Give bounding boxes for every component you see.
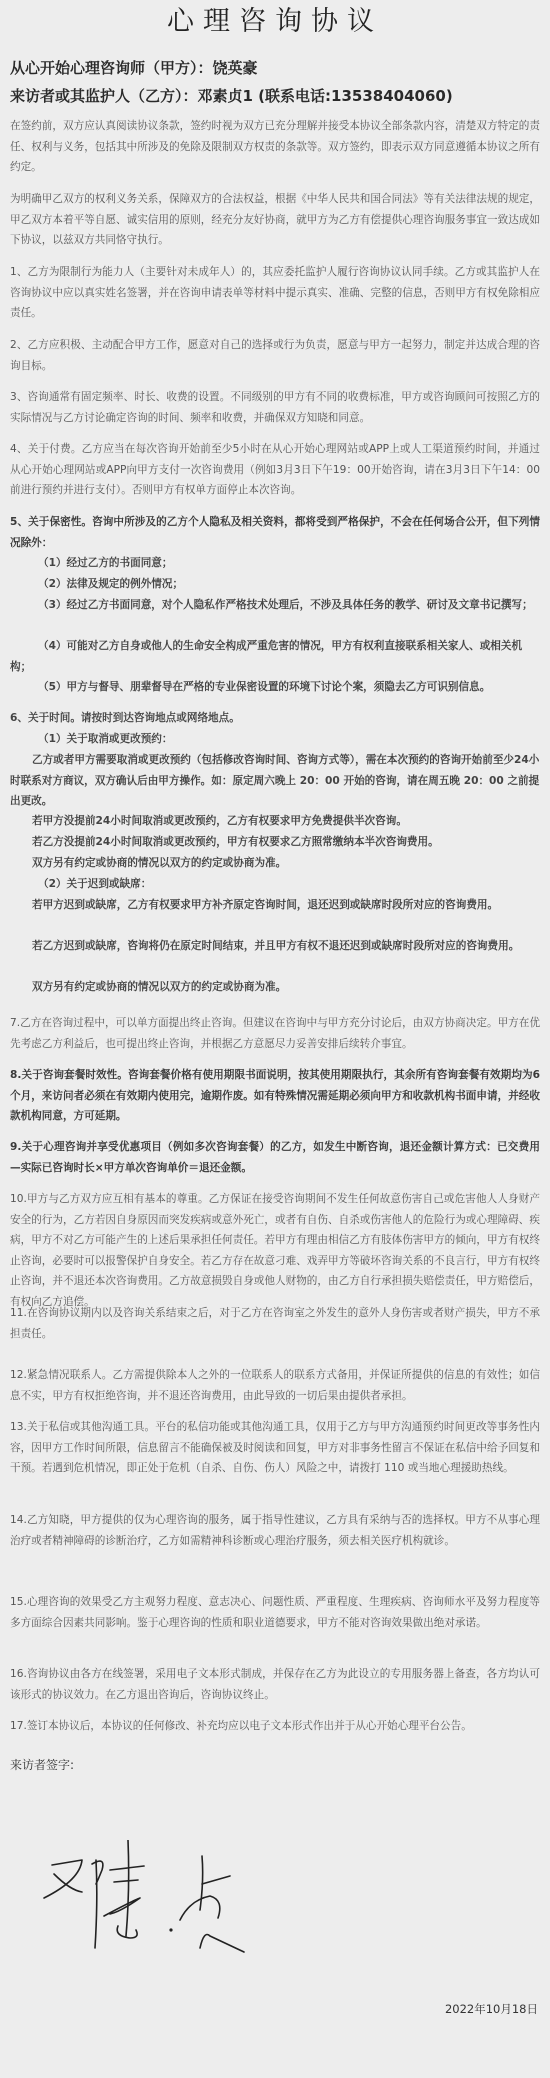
clause-16: 16.咨询协议由各方在线签署，采用电子文本形式制成，并保存在乙方为此设立的专用服…: [10, 1664, 540, 1705]
clause-3: 3、咨询通常有固定频率、时长、收费的设置。不同级别的甲方有不同的收费标准，甲方或…: [10, 387, 540, 428]
clause-5-heading: 5、关于保密性。咨询中所涉及的乙方个人隐私及相关资料，都将受到严格保护，不会在任…: [10, 512, 540, 553]
agreement-page: 心理咨询协议 从心开始心理咨询师（甲方）：饶英豪 来访者或其监护人（乙方）：邓素…: [0, 0, 550, 2078]
clause-6-sub2-title: （2）关于迟到或缺席：: [10, 874, 540, 895]
signature-label: 来访者签字:: [10, 1756, 74, 1773]
handwritten-signature: [40, 1840, 260, 1970]
intro-paragraph-2: 为明确甲乙双方的权利义务关系，保障双方的合法权益，根据《中华人民共和国合同法》等…: [10, 189, 540, 251]
clause-10: 10.甲方与乙方双方应互相有基本的尊重。乙方保证在接受咨询期间不发生任何故意伤害…: [10, 1189, 540, 1312]
clause-13: 13.关于私信或其他沟通工具。平台的私信功能或其他沟通工具，仅用于乙方与甲方沟通…: [10, 1417, 540, 1479]
clause-12: 12.紧急情况联系人。乙方需提供除本人之外的一位联系人的联系方式备用，并保证所提…: [10, 1365, 540, 1406]
clause-7: 7.乙方在咨询过程中，可以单方面提出终止咨询。但建议在咨询中与甲方充分讨论后，由…: [10, 1013, 540, 1054]
clause-5-item-1: （1）经过乙方的书面同意；: [10, 553, 540, 574]
clause-1: 1、乙方为限制行为能力人（主要针对未成年人）的，其应委托监护人履行咨询协议认同手…: [10, 262, 540, 324]
clause-6-sub1-body: 乙方或者甲方需要取消或更改预约（包括修改咨询时间、咨询方式等），需在本次预约的咨…: [10, 750, 540, 812]
clause-8: 8.关于咨询套餐时效性。咨询套餐价格有使用期限书面说明，按其使用期限执行，其余所…: [10, 1065, 540, 1127]
clause-11: 11.在咨询协议期内以及咨询关系结束之后，对于乙方在咨询室之外发生的意外人身伤害…: [10, 1303, 540, 1344]
clause-2: 2、乙方应积极、主动配合甲方工作，愿意对自己的选择或行为负责，愿意与甲方一起努力…: [10, 335, 540, 376]
clause-6-sub1-a: 若甲方没提前24小时间取消或更改预约，乙方有权要求甲方免费提供半次咨询。: [10, 811, 540, 832]
clause-5-item-5: （5）甲方与督导、朋辈督导在严格的专业保密设置的环境下讨论个案，须隐去乙方可识别…: [10, 677, 540, 698]
clause-9: 9.关于心理咨询并享受优惠项目（例如多次咨询套餐）的乙方，如发生中断咨询，退还金…: [10, 1137, 540, 1178]
clause-17: 17.签订本协议后，本协议的任何修改、补充均应以电子文本形式作出并于从心开始心理…: [10, 1716, 540, 1737]
clause-6-sub1-c: 双方另有约定或协商的情况以双方的约定或协商为准。: [10, 853, 540, 874]
signing-date: 2022年10月18日: [445, 2001, 538, 2017]
clause-5-item-2: （2）法律及规定的例外情况；: [10, 574, 540, 595]
document-title: 心理咨询协议: [0, 4, 550, 40]
clause-14: 14.乙方知晓，甲方提供的仅为心理咨询的服务，属于指导性建议，乙方具有采纳与否的…: [10, 1510, 540, 1551]
clause-6-heading: 6、关于时间。请按时到达咨询地点或网络地点。: [10, 708, 540, 729]
clause-6-sub1-title: （1）关于取消或更改预约：: [10, 729, 540, 750]
clause-5-item-3: （3）经过乙方书面同意，对个人隐私作严格技术处理后，不涉及具体任务的教学、研讨及…: [10, 595, 540, 616]
clause-6-sub1-b: 若乙方没提前24小时间取消或更改预约，甲方有权要求乙方照常缴纳本半次咨询费用。: [10, 832, 540, 853]
clause-15: 15.心理咨询的效果受乙方主观努力程度、意志决心、问题性质、严重程度、生理疾病、…: [10, 1592, 540, 1633]
clause-6-sub2-b: 若乙方迟到或缺席，咨询将仍在原定时间结束，并且甲方有权不退还迟到或缺席时段所对应…: [10, 936, 540, 957]
clause-5-item-4: （4）可能对乙方自身或他人的生命安全构成严重危害的情况，甲方有权利直接联系相关家…: [10, 636, 540, 677]
clause-6-sub2-a: 若甲方迟到或缺席，乙方有权要求甲方补齐原定咨询时间，退还迟到或缺席时段所对应的咨…: [10, 895, 540, 916]
party-b-line: 来访者或其监护人（乙方）：邓素贞1 (联系电话:13538404060): [10, 86, 453, 106]
party-a-line: 从心开始心理咨询师（甲方）：饶英豪: [10, 58, 258, 78]
clause-4: 4、关于付费。乙方应当在每次咨询开始前至少5小时在从心开始心理网站或APP上或人…: [10, 439, 540, 501]
clause-6-sub2-c: 双方另有约定或协商的情况以双方的约定或协商为准。: [10, 977, 540, 998]
intro-paragraph-1: 在签约前，双方应认真阅读协议条款，签约时视为双方已充分理解并接受本协议全部条款内…: [10, 116, 540, 178]
